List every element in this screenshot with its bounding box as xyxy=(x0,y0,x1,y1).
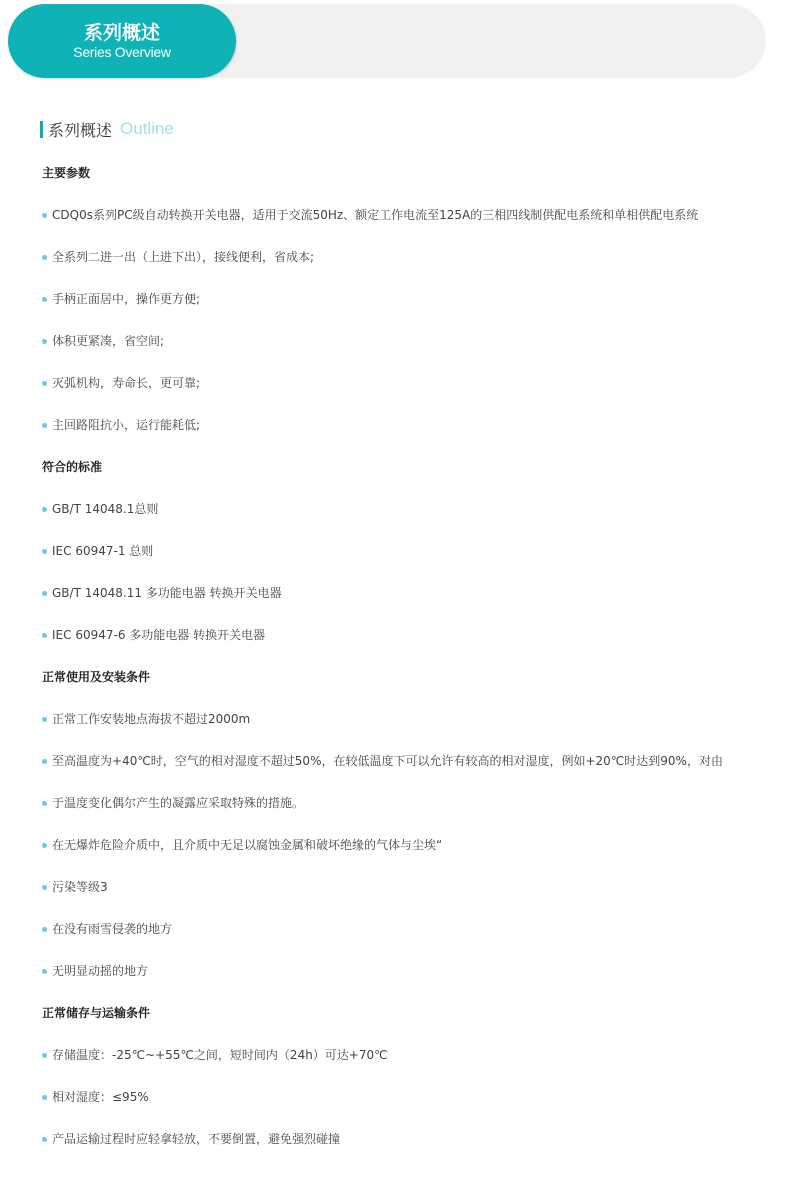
list-item: 在无爆炸危险介质中，且介质中无足以腐蚀金属和破坏绝缘的气体与尘埃“ xyxy=(42,837,442,853)
list-item: 体积更紧凑，省空间; xyxy=(42,333,164,349)
section-heading-standards: 符合的标准 xyxy=(42,459,102,475)
list-item: 灭弧机构，寿命长，更可靠; xyxy=(42,375,200,391)
list-item: IEC 60947-6 多功能电器 转换开关电器 xyxy=(42,627,265,643)
bullet-icon xyxy=(42,423,47,428)
list-item: 主回路阻抗小，运行能耗低; xyxy=(42,417,200,433)
bullet-icon xyxy=(42,885,47,890)
bullet-icon xyxy=(42,633,47,638)
bullet-icon xyxy=(42,1137,47,1142)
banner-title-cn: 系列概述 xyxy=(84,22,160,44)
section-title-pill: 系列概述 Series Overview xyxy=(8,4,236,78)
bullet-icon xyxy=(42,759,47,764)
outline-heading: 系列概述 Outline xyxy=(40,118,174,140)
bullet-icon xyxy=(42,801,47,806)
list-item: 相对湿度：≤95% xyxy=(42,1089,149,1105)
bullet-icon xyxy=(42,969,47,974)
bullet-icon xyxy=(42,717,47,722)
list-item: IEC 60947-1 总则 xyxy=(42,543,153,559)
list-item: 在没有雨雪侵袭的地方 xyxy=(42,921,172,937)
bullet-icon xyxy=(42,1095,47,1100)
list-item: 产品运输过程时应轻拿轻放，不要倒置，避免强烈碰撞 xyxy=(42,1131,340,1147)
bullet-icon xyxy=(42,591,47,596)
bullet-icon xyxy=(42,381,47,386)
outline-title-cn: 系列概述 xyxy=(48,118,112,141)
list-item: 正常工作安装地点海拔不超过2000m xyxy=(42,711,250,727)
list-item: 存储温度：-25℃~+55℃之间，短时间内（24h）可达+70℃ xyxy=(42,1047,388,1063)
list-item: GB/T 14048.1总则 xyxy=(42,501,158,517)
list-item: GB/T 14048.11 多功能电器 转换开关电器 xyxy=(42,585,282,601)
list-item: 污染等级3 xyxy=(42,879,108,895)
section-heading-storage-transport: 正常储存与运输条件 xyxy=(42,1005,150,1021)
list-item: 至高温度为+40℃时，空气的相对湿度不超过50%，在较低温度下可以允许有较高的相… xyxy=(42,753,723,769)
list-item: CDQ0s系列PC级自动转换开关电器，适用于交流50Hz、额定工作电流至125A… xyxy=(42,207,698,223)
list-item: 无明显动摇的地方 xyxy=(42,963,148,979)
list-item: 于温度变化偶尔产生的凝露应采取特殊的措施。 xyxy=(42,795,304,811)
bullet-icon xyxy=(42,507,47,512)
section-heading-usage-conditions: 正常使用及安装条件 xyxy=(42,669,150,685)
bullet-icon xyxy=(42,1053,47,1058)
bullet-icon xyxy=(42,549,47,554)
banner-title-en: Series Overview xyxy=(73,44,170,60)
bullet-icon xyxy=(42,297,47,302)
section-heading-main-params: 主要参数 xyxy=(42,165,90,181)
outline-title-en: Outline xyxy=(120,119,174,139)
accent-bar xyxy=(40,121,43,138)
bullet-icon xyxy=(42,213,47,218)
bullet-icon xyxy=(42,843,47,848)
list-item: 手柄正面居中，操作更方便; xyxy=(42,291,200,307)
list-item: 全系列二进一出（上进下出），接线便利，省成本; xyxy=(42,249,314,265)
bullet-icon xyxy=(42,255,47,260)
bullet-icon xyxy=(42,927,47,932)
bullet-icon xyxy=(42,339,47,344)
